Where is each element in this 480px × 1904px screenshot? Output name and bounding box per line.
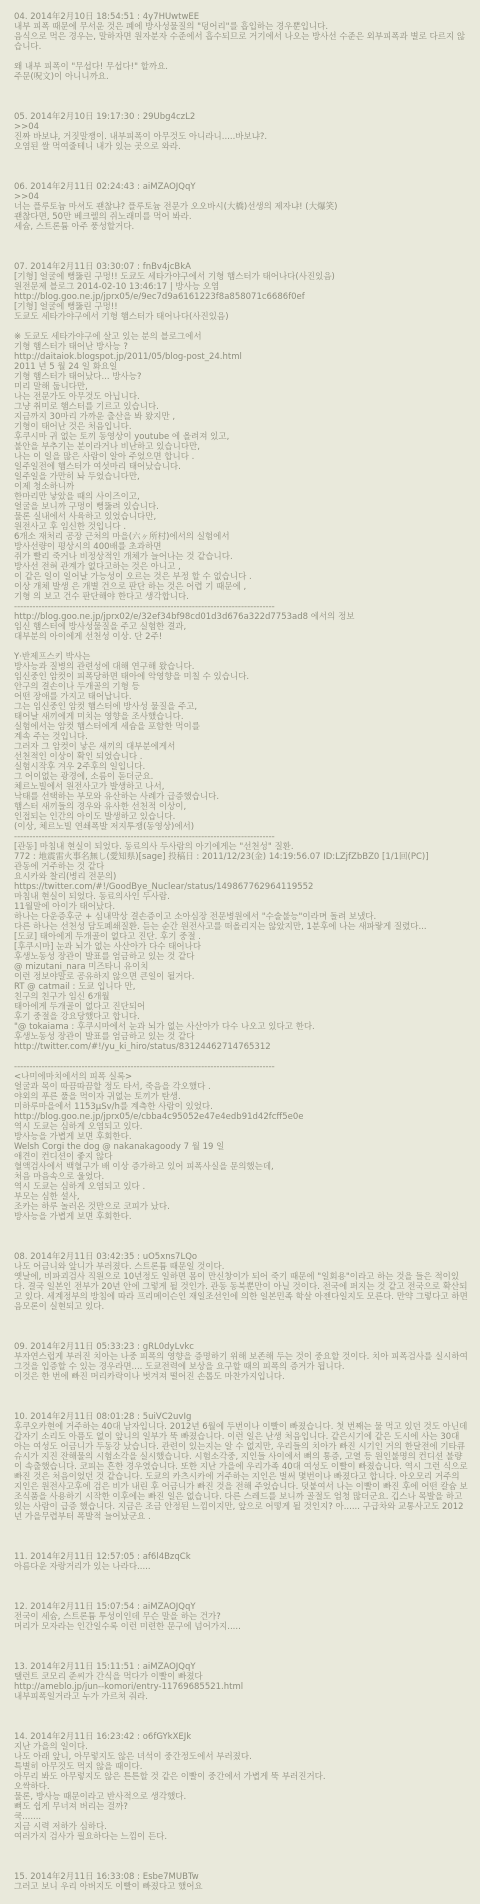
comment-line: >>04	[14, 122, 468, 132]
comment-line: [관동] 마침내 현실이 되었다. 동료의사 두사람의 아기에게는 "선천성" …	[14, 842, 468, 852]
comment-line: 이것은 한 번에 빠진 머리카락이나 벗겨져 떨어진 손톱도 마찬가지입니다.	[14, 1372, 468, 1382]
comment-line: 그 어이없는 광경에, 소름이 돋더군요.	[14, 772, 468, 782]
comment: 11. 2014年2月11日 12:57:05 : af6l4BzqCk아름다운…	[14, 1552, 468, 1572]
comment-line: 나도 아래 앞니, 아무렇지도 않은 녀석이 중간정도에서 부러졌다.	[14, 1752, 468, 1762]
url-line: http://blog.goo.ne.jp/jprx02/e/32ef34bf9…	[14, 612, 468, 622]
comment-header: 06. 2014年2月11日 02:24:43 : aiMZAOJQqY	[14, 182, 468, 192]
separator-line: ----------------------------------------…	[14, 1062, 468, 1072]
comment-line: 선천적인 이상이 확인 되었습니다 .	[14, 752, 468, 762]
comment-line: 원전사고 후 임신한 것입니다 .	[14, 522, 468, 532]
comment-line: 하나는 다운증후군 + 심내막상 결손증이고 소아심장 전문병원에서 "수술불능…	[14, 912, 468, 922]
comment: 15. 2014年2月11日 16:33:08 : Esbe7MUBTw그러고 …	[14, 1872, 468, 1892]
comment-line: 임신중인 암컷이 피폭당하면 태아에 악영향을 미칠 수 있습니다.	[14, 672, 468, 682]
comment-line: 방사선량이 평상시의 400배를 초과하면	[14, 542, 468, 552]
comment-line: 왜 내부 피폭이 "무섭다! 무섭다!" 할까요.	[14, 62, 468, 72]
comment-line: 원전문제 블로그 2014-02-10 13:46:17 | 방사능 오염	[14, 282, 468, 292]
comment-line: RT @ catmail : 도쿄 입니다 만,	[14, 982, 468, 992]
comment-line: ※ 도쿄도 세타가야구에 살고 있는 분의 블로그에서	[14, 332, 468, 342]
comment-line: 얼굴과 목이 따끔따끔할 정도 타서, 죽음을 각오했다 .	[14, 1082, 468, 1092]
comment-line: 아름다운 자랑거리가 있는 나라다.....	[14, 1562, 468, 1572]
comment-line: 후쿠시마 귀 없는 토끼 동영상이 youtube 에 올려져 있고,	[14, 432, 468, 442]
separator-line: ----------------------------------------…	[14, 832, 468, 842]
comment-line: 임신 햄스터에 방사성물질을 주고 실험한 결과,	[14, 622, 468, 632]
comment-header: 04. 2014年2月10日 18:54:51 : 4y7HUwtwEE	[14, 12, 468, 22]
comment-line: 여러가지 검사가 필요하다는 느낌이 든다.	[14, 1832, 468, 1842]
comment-line: 너는 플루토늄 마셔도 괜찮냐? 플루토늄 전문가 오오바시(大橋)선생의 제자…	[14, 202, 468, 212]
comment-line: [기형] 얼굴에 뻥뚫린 구멍!!	[14, 302, 468, 312]
comment-line: 후생노동성 장관이 발표를 엄금하고 있는 것 같다	[14, 1032, 468, 1042]
comment-line: 후기 중절을 강요당했다고 합니다.	[14, 1012, 468, 1022]
comment-line: 나는 이 일을 많은 사람이 알아 주었으면 합니다 .	[14, 452, 468, 462]
comment-line: 미하루마을에서 1153μSv/h를 계측한 사람이 있었다.	[14, 1102, 468, 1112]
comment-line: 이 같은 일이 일어날 가능성이 오르는 것은 부정 할 수 없습니다 .	[14, 572, 468, 582]
comment-line: 역시 도쿄는 심하게 오염되고 있다.	[14, 1122, 468, 1132]
url-line: http://blog.goo.ne.jp/jprx05/e/9ec7d9a61…	[14, 292, 468, 302]
comment-line: 쿡.......	[14, 1812, 468, 1822]
comment-line: @ mizutani_nara 미즈타니 유이치	[14, 962, 468, 972]
comment: 06. 2014年2月11日 02:24:43 : aiMZAOJQqY>>04…	[14, 182, 468, 232]
comment-line: 조카는 하루 놀러온 것만으로 코피가 났다.	[14, 1202, 468, 1212]
comment-line: 물론 실내에서 사육하고 있었습니다만,	[14, 512, 468, 522]
comment-line: 실험에서는 암컷 햄스터에게 세슘을 포함한 먹이를	[14, 722, 468, 732]
comment-line: 진짜 바보냐, 거짓말쟁이. 내부피폭이 아무것도 아니라니.....바보냐?.	[14, 132, 468, 142]
comment-line: 체르노빌에서 원전사고가 발생하고 나서,	[14, 782, 468, 792]
comment-line: <나미에마치에서의 피폭 실록>	[14, 1072, 468, 1082]
comment: 04. 2014年2月10日 18:54:51 : 4y7HUwtwEE내부 피…	[14, 12, 468, 82]
url-line: http://daitaiok.blogspot.jp/2011/05/blog…	[14, 352, 468, 362]
comment-line: 혈액검사에서 백혈구가 배 이상 증가하고 있어 피폭사실을 문의했는데,	[14, 1162, 468, 1172]
comment-line: 얼굴을 보니까 구멍이 뻥뚫려 있습니다.	[14, 502, 468, 512]
comment-line: 내부피폭일거라고 누가 가르쳐 줘라.	[14, 1692, 468, 1702]
comment-line: 방사능과 질병의 관련성에 대해 연구해 왔습니다.	[14, 662, 468, 672]
comment-line: 인접되는 인간의 아이도 발생하고 있습니다.	[14, 812, 468, 822]
comment-line	[14, 642, 468, 652]
comment-line: 그러자 그 암컷이 낳은 새끼의 대부분에게서	[14, 742, 468, 752]
comment: 09. 2014年2月11日 05:33:23 : gRL0dyLvkc부자연스…	[14, 1342, 468, 1382]
comment-line: 방사능을 가볍게 보면 후회한다.	[14, 1212, 468, 1222]
comment-line: 후쿠오카현에 거주하는 40대 남자입니다. 2012년 6월에 두번이나 이빨…	[14, 1422, 468, 1522]
comment-line	[14, 52, 468, 62]
comment-line: 6개소 재처리 공장 근처의 마을(六ヶ所村)에서의 실험에서	[14, 532, 468, 542]
comment-line: 나도 어금니와 앞니가 부러졌다. 스트론튬 때문일 것이다.	[14, 1262, 468, 1272]
comment-line: 부모는 심한 설사,	[14, 1192, 468, 1202]
comment-line: 후생노동성 장관이 발표를 엄금하고 있는 것 같다	[14, 952, 468, 962]
comment-line: 요시카와 찰리(병리 전문의)	[14, 872, 468, 882]
comment-line: 뼈도 쉽게 무너져 버리는 걸까?	[14, 1802, 468, 1812]
comment-line: 괜찮다면, 50만 베크렐의 쥐노래미를 먹어 봐라.	[14, 212, 468, 222]
comment-line: 기형 햄스터가 태어난 방사능 ?	[14, 342, 468, 352]
comment-header: 09. 2014年2月11日 05:33:23 : gRL0dyLvkc	[14, 1342, 468, 1352]
comment: 05. 2014年2月10日 19:17:30 : 29Ubg4czL2>>04…	[14, 112, 468, 152]
comment-line: 일주일을 가만히 놔 두었습니다만,	[14, 472, 468, 482]
comment-line: 태아에게 두개골이 없다고 진단되어	[14, 1002, 468, 1012]
comment-line: 내부 피폭 때문에 무서운 것은 폐에 방사성물질의 "덩어리"를 흡입하는 경…	[14, 22, 468, 32]
url-line: http://blog.goo.ne.jp/jprx05/e/cbba4c950…	[14, 1112, 468, 1122]
comment-line: >>04	[14, 192, 468, 202]
comment-line: 지난 가을의 일이다.	[14, 1742, 468, 1752]
comment-line: 이상 개체 발생 은 개별 건으로 판단 하는 것은 어렵 기 때문에 ,	[14, 582, 468, 592]
comment-line: 아무리 봐도 아무렇지도 않은 튼튼할 것 같은 이빨이 중간에서 가볍게 뚝 …	[14, 1772, 468, 1782]
comment-line: "@ tokaiama : 후쿠시마에서 눈과 뇌가 없는 사산아가 다수 나오…	[14, 1022, 468, 1032]
comment-thread: 04. 2014年2月10日 18:54:51 : 4y7HUwtwEE내부 피…	[14, 12, 468, 1892]
comment-header: 13. 2014年2月11日 15:11:51 : aiMZAOJQqY	[14, 1662, 468, 1672]
comment-header: 08. 2014年2月11日 03:42:35 : uO5xns7LQo	[14, 1252, 468, 1262]
comment-header: 07. 2014年2月11日 03:30:07 : fnBv4jcBkA	[14, 262, 468, 272]
comment-line: 미리 말해 둡니다만,	[14, 382, 468, 392]
separator-line: ----------------------------------------…	[14, 602, 468, 612]
comment-line: [후쿠시마] 눈과 뇌가 없는 사산아가 다수 태어나다	[14, 942, 468, 952]
comment-line: 기형이 태어난 것은 처음입니다.	[14, 422, 468, 432]
comment-header: 10. 2014年2月11日 08:01:28 : 5uiVC2uvIg	[14, 1412, 468, 1422]
url-line: http://twitter.com/#!/yu_ki_hiro/status/…	[14, 1042, 468, 1052]
comment-line: 기형 햄스터가 태어났다... 방사능?	[14, 372, 468, 382]
comment-line: [기형] 얼굴에 뻥뚫린 구멍!! 도쿄도 세타가야구에서 기형 햄스터가 태어…	[14, 272, 468, 282]
comment-line: (이상, 체르노빌 연쇄폭발 저지투쟁(동영상)에서)	[14, 822, 468, 832]
comment: 12. 2014年2月11日 15:07:54 : aiMZAOJQqY전국이 …	[14, 1602, 468, 1632]
comment-line: 그냥 취미로 햄스터를 기르고 있습니다.	[14, 402, 468, 412]
comment-line: 그러고 보니 우리 아버지도 이빨이 빠졌다고 했어요	[14, 1882, 468, 1892]
comment: 14. 2014年2月11日 16:23:42 : o6fGYkXEJk지난 가…	[14, 1732, 468, 1842]
comment-line: Y·반제프스키 박사는	[14, 652, 468, 662]
comment-line: 친구의 친구가 임신 6개월	[14, 992, 468, 1002]
comment-header: 12. 2014年2月11日 15:07:54 : aiMZAOJQqY	[14, 1602, 468, 1612]
comment-line: 이제 청소하니까	[14, 482, 468, 492]
comment-line: 마침내 현실이 되었다. 동료의사인 두사람.	[14, 892, 468, 902]
comment-line: 관동에 거주하는 것 같다	[14, 862, 468, 872]
comment-line: 음식으로 먹은 경우는, 말하자면 원자분자 수준에서 흡수되므로 거기에서 나…	[14, 32, 468, 52]
comment: 13. 2014年2月11日 15:11:51 : aiMZAOJQqY탤런트 …	[14, 1662, 468, 1702]
url-line: https://twitter.com/#!/GoodBye_Nuclear/s…	[14, 882, 468, 892]
comment-line: 특별히 아무것도 먹지 않을 때이다.	[14, 1762, 468, 1772]
comment-line: 불안을 부추기는 분이라거나 비난하고 있습니다만,	[14, 442, 468, 452]
comment-line: 오싹하다.	[14, 1782, 468, 1792]
comment-line: 주문(呪文)이 아니니까요.	[14, 72, 468, 82]
comment-line: 대부분의 아이에게 선천성 이상. 단 2주!	[14, 632, 468, 642]
comment-line: 772 : 地震雷火事名無し(愛知県)[sage] 投稿日 : 2011/12/…	[14, 852, 468, 862]
comment-header: 15. 2014年2月11日 16:33:08 : Esbe7MUBTw	[14, 1872, 468, 1882]
comment-line: 일주일전에 햄스터가 여섯마리 태어났습니다.	[14, 462, 468, 472]
comment-line: 전국이 세슘, 스트론튬 투성이인데 무슨 말을 하는 건가?	[14, 1612, 468, 1622]
comment-line: 부자연스럽게 부러진 치아는 나중 피폭의 영향을 증명하기 위해 보존해 두는…	[14, 1352, 468, 1372]
comment-line: 역시 도쿄는 심하게 오염되고 있다 .	[14, 1182, 468, 1192]
comment-line: 어떤 장애를 가지고 태어납니다.	[14, 692, 468, 702]
comment-line: 햄스터 새끼들의 경우와 유사한 선천적 이상이,	[14, 802, 468, 812]
comment-line: 11월말에 아이가 태어났다.	[14, 902, 468, 912]
comment-line: 2011 년 5 월 24 일 화요일	[14, 362, 468, 372]
comment-line	[14, 1052, 468, 1062]
comment-line: 애견이 컨디션이 좋지 않다	[14, 1152, 468, 1162]
comment-line: 물론, 방사능 때문이라고 반사적으로 생각했다.	[14, 1792, 468, 1802]
comment-line: 세슘, 스트론튬 아주 풍성할거다.	[14, 222, 468, 232]
comment-line: 기형 의 보고 건수 판단해야 한다고 생각합니다.	[14, 592, 468, 602]
comment-line: 옛날에, 비파괴검사 직원으로 10년정도 일하면 몸이 만신창이가 되어 죽기…	[14, 1272, 468, 1312]
comment-line: 방사선 전혀 관계가 없다고하는 것은 아니고 ,	[14, 562, 468, 572]
comment-line: 계속 주는 것입니다.	[14, 732, 468, 742]
comment-line: 이런 정보야말로 공유하지 않으면 큰일이 될거다.	[14, 972, 468, 982]
comment-line: 그는 임신중인 암컷 햄스터에 방사성 물질을 주고,	[14, 702, 468, 712]
comment-line: 나는 전문가도 아무것도 아닙니다.	[14, 392, 468, 402]
comment-line: 머리가 모자라는 인간일수록 이런 미련한 문구에 넘어가지.....	[14, 1622, 468, 1632]
url-line: http://ameblo.jp/jun--komori/entry-11769…	[14, 1682, 468, 1692]
comment-line: 야외의 푸른 풀을 먹이자 귀없는 토끼가 탄생.	[14, 1092, 468, 1102]
comment-line: 한마리만 낳았을 때의 사이즈이고,	[14, 492, 468, 502]
comment-line	[14, 322, 468, 332]
comment-line: 방사능을 가볍게 보면 후회한다.	[14, 1132, 468, 1142]
comment-line: 처음 마음속으로 울었다.	[14, 1172, 468, 1182]
comment-line: 다른 하나는 선천성 담도폐쇄질환. 듣는 순간 원전사고를 떠올리지는 않았지…	[14, 922, 468, 932]
comment: 08. 2014年2月11日 03:42:35 : uO5xns7LQo나도 어…	[14, 1252, 468, 1312]
comment-line: 낙태를 선택하는 부모와 유산하는 사례가 급증했습니다.	[14, 792, 468, 802]
comment: 07. 2014年2月11日 03:30:07 : fnBv4jcBkA[기형]…	[14, 262, 468, 1222]
comment-line: 도쿄도 세타가야구에서 기형 햄스터가 태어나다(사진있음)	[14, 312, 468, 322]
comment-line: 지금 시력 저하가 심하다.	[14, 1822, 468, 1832]
comment-header: 14. 2014年2月11日 16:23:42 : o6fGYkXEJk	[14, 1732, 468, 1742]
comment-line: Welsh Corgi the dog @ nakanakagoody 7 월 …	[14, 1142, 468, 1152]
comment-line: 오염된 쌀 먹여줄테니 내가 있는 곳으로 와라.	[14, 142, 468, 152]
comment-line: 실험시작후 겨우 2주후의 일입니다.	[14, 762, 468, 772]
comment-line: 쥐가 빨리 죽거나 비정상적인 개체가 늘어나는 것 같습니다.	[14, 552, 468, 562]
comment-line: 탤런트 코모리 준씨가 간식을 먹다가 이빨이 빠졌다	[14, 1672, 468, 1682]
comment: 10. 2014年2月11日 08:01:28 : 5uiVC2uvIg후쿠오카…	[14, 1412, 468, 1522]
comment-line: [도쿄] 태아에게 두개골이 없다고 진단. 후기 중절 .	[14, 932, 468, 942]
comment-line: 지금까지 30마리 가까운 출산을 봐 왔지만 ,	[14, 412, 468, 422]
comment-line: 태어날 새끼에게 미치는 영향을 조사했습니다.	[14, 712, 468, 722]
comment-line: 안구의 결손이나 두개골의 기형 등	[14, 682, 468, 692]
comment-header: 05. 2014年2月10日 19:17:30 : 29Ubg4czL2	[14, 112, 468, 122]
comment-header: 11. 2014年2月11日 12:57:05 : af6l4BzqCk	[14, 1552, 468, 1562]
